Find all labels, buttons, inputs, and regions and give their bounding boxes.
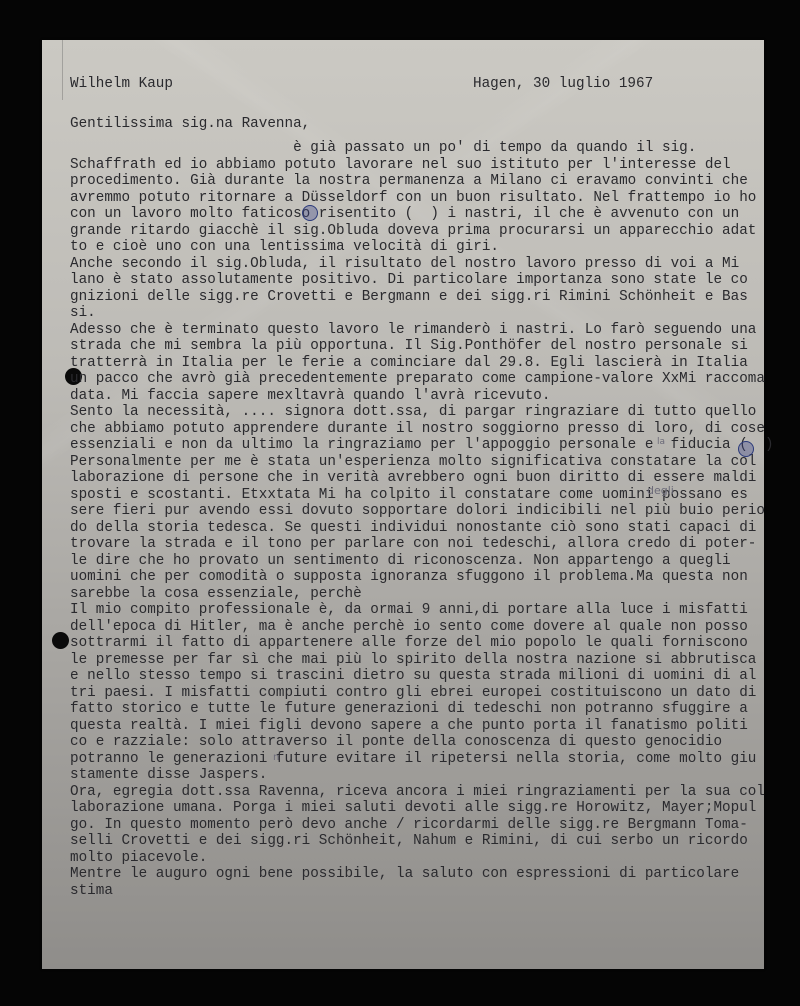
body-line: Sento la necessità, .... signora dott.ss…: [70, 404, 756, 420]
body-line: le dire che ho provato un sentimento di …: [70, 553, 731, 569]
salutation: Gentilissima sig.na Ravenna,: [70, 116, 310, 132]
ink-mark-icon: [738, 441, 754, 457]
body-line: stima: [70, 883, 113, 899]
body-line: Anche secondo il sig.Obluda, il risultat…: [70, 256, 739, 272]
punch-hole-bottom: [52, 632, 69, 649]
body-line: Adesso che è terminato questo lavoro le …: [70, 322, 756, 338]
body-line: data. Mi faccia sapere mexltavrà quando …: [70, 388, 550, 404]
body-line: co e razziale: solo attraverso il ponte …: [70, 734, 722, 750]
body-line: Personalmente per me è stata un'esperien…: [70, 454, 756, 470]
body-line: avremmo potuto ritornare a Düsseldorf co…: [70, 190, 756, 206]
body-line: strada che mi sembra la più opportuna. I…: [70, 338, 748, 354]
body-line: tri paesi. I misfatti compiuti contro gl…: [70, 685, 756, 701]
body-line: con un lavoro molto faticoso risentito (…: [70, 206, 739, 222]
body-line: fatto storico e tutte le future generazi…: [70, 701, 748, 717]
body-line: potranno le generazioni future evitare i…: [70, 751, 756, 767]
body-line: si.: [70, 305, 96, 321]
body-line: gnizioni delle sigg.re Crovetti e Bergma…: [70, 289, 748, 305]
body-line: essenziali e non da ultimo la ringraziam…: [70, 437, 774, 453]
body-line: sere fieri pur avendo essi dovuto soppor…: [70, 503, 765, 519]
body-line: Mentre le auguro ogni bene possibile, la…: [70, 866, 739, 882]
handwritten-insertion-la: la: [657, 437, 665, 447]
body-line: un pacco che avrò già precedentemente pr…: [70, 371, 765, 387]
body-line: le premesse per far sì che mai più lo sp…: [70, 652, 756, 668]
body-line: grande ritardo giacchè il sig.Obluda dov…: [70, 223, 756, 239]
body-line: è già passato un po' di tempo da quando …: [70, 140, 696, 156]
place-date: Hagen, 30 luglio 1967: [473, 76, 653, 92]
body-line: to e cioè uno con una lentissima velocit…: [70, 239, 499, 255]
body-line: tratterrà in Italia per le ferie a comin…: [70, 355, 748, 371]
body-line: do della storia tedesca. Se questi indiv…: [70, 520, 756, 536]
body-line: uomini che per comodità o supposta ignor…: [70, 569, 748, 585]
body-line: laborazione umana. Porga i miei saluti d…: [70, 800, 756, 816]
ink-mark-icon: [302, 205, 318, 221]
handwritten-insertion-degli: degli: [647, 484, 674, 497]
body-line: stamente disse Jaspers.: [70, 767, 267, 783]
body-line: Schaffrath ed io abbiamo potuto lavorare…: [70, 157, 731, 173]
body-line: selli Crovetti e dei sigg.ri Schönheit, …: [70, 833, 748, 849]
body-line: che abbiamo potuto apprendere durante il…: [70, 421, 765, 437]
body-line: sottrarmi il fatto di appartenere alle f…: [70, 635, 748, 651]
body-line: procedimento. Già durante la nostra perm…: [70, 173, 748, 189]
body-line: trovare la strada e il tono per parlare …: [70, 536, 756, 552]
body-line: Ora, egregia dott.ssa Ravenna, riceva an…: [70, 784, 765, 800]
handwritten-insertion-n: n: [273, 752, 279, 763]
body-line: questa realtà. I miei figli devono saper…: [70, 718, 748, 734]
body-line: sarebbe la cosa essenziale, perchè: [70, 586, 362, 602]
body-line: Il mio compito professionale è, da ormai…: [70, 602, 748, 618]
body-line: molto piacevole.: [70, 850, 207, 866]
sender-name: Wilhelm Kaup: [70, 76, 173, 92]
body-line: go. In questo momento però devo anche / …: [70, 817, 748, 833]
body-line: dell'epoca di Hitler, ma è anche perchè …: [70, 619, 748, 635]
body-line: lano è stato assolutamente positivo. Di …: [70, 272, 748, 288]
body-line: e nello stesso tempo si trascini dietro …: [70, 668, 756, 684]
